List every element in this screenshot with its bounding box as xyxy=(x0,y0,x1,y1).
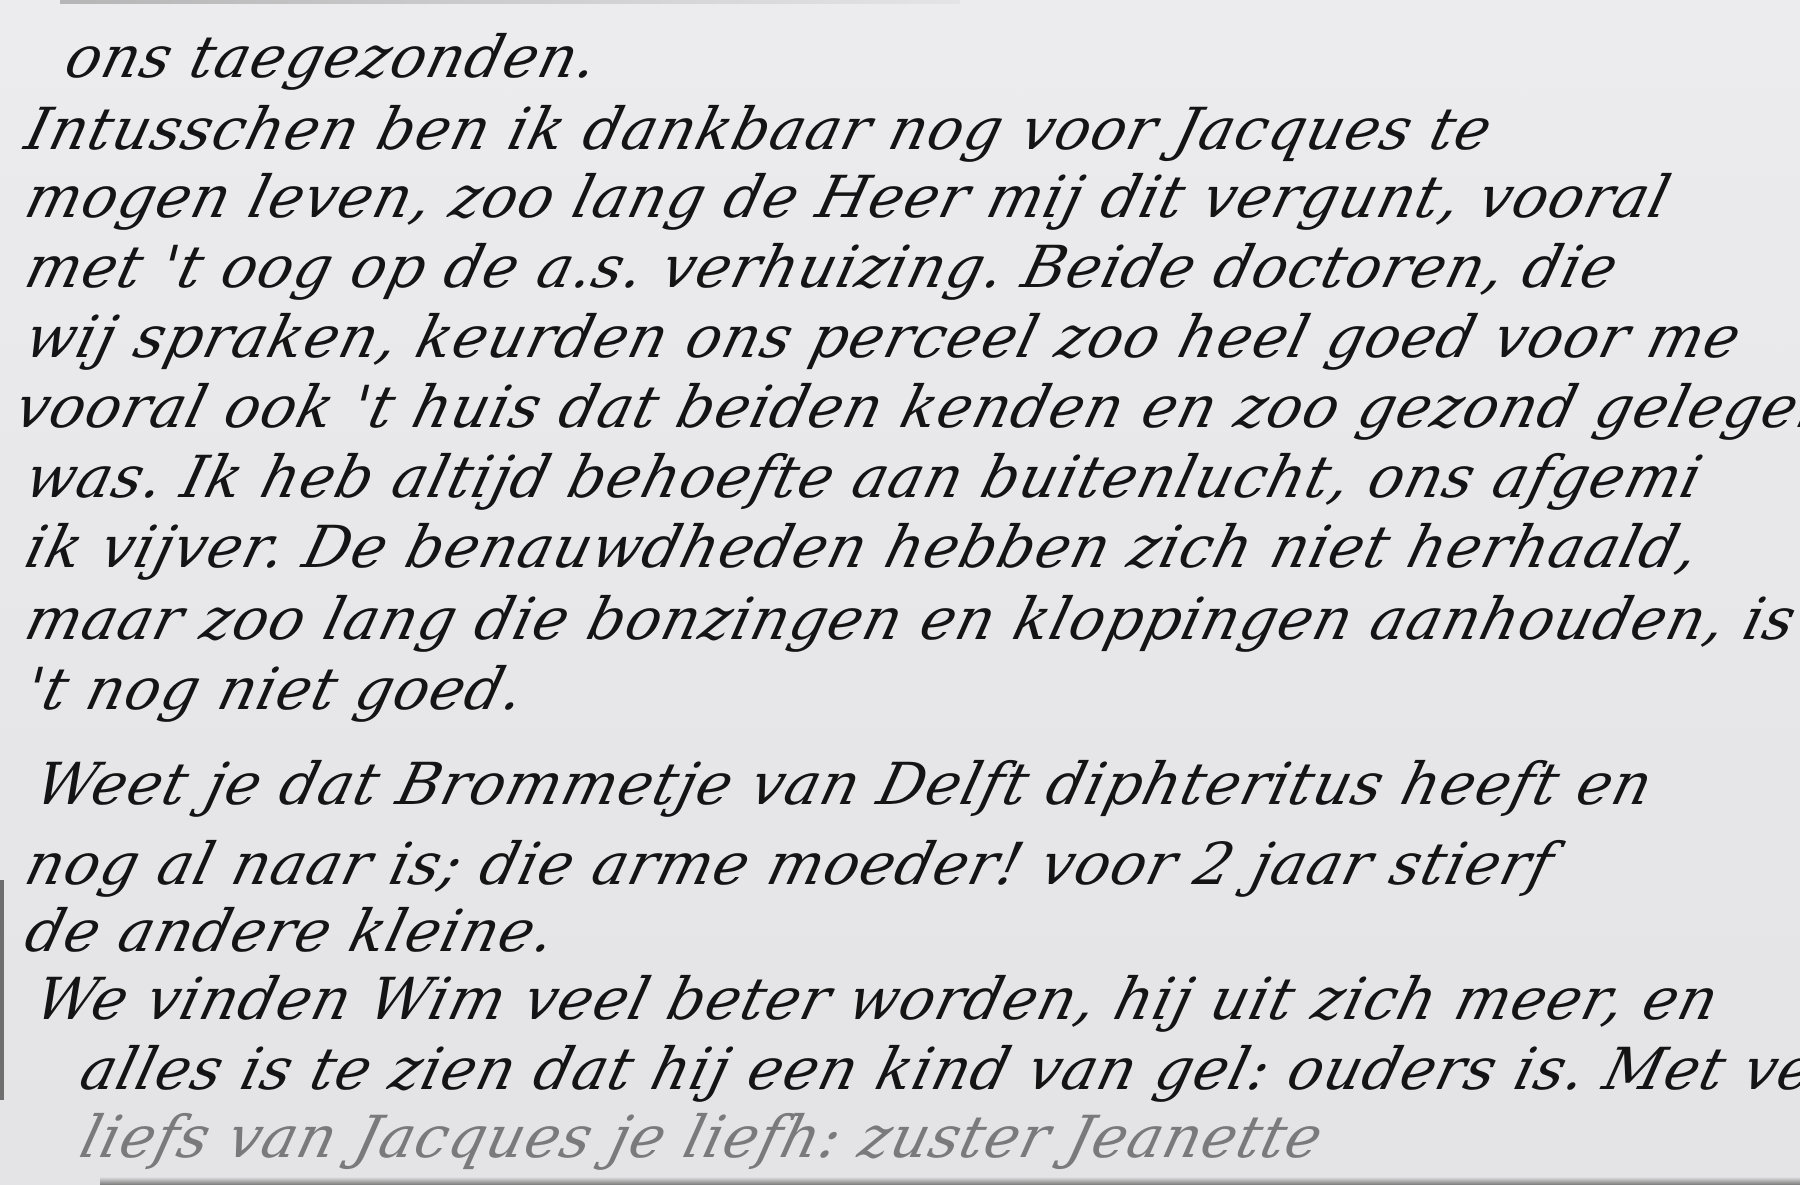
letter-line-15: alles is te zien dat hij een kind van ge… xyxy=(75,1040,1800,1098)
letter-line-10: 't nog niet goed. xyxy=(20,660,531,718)
page-left-edge xyxy=(0,880,4,1100)
page-bottom-edge xyxy=(100,1177,1800,1185)
letter-line-5: wij spraken, keurden ons perceel zoo hee… xyxy=(20,308,1747,366)
letter-line-4: met 't oog op de a.s. verhuizing. Beide … xyxy=(20,238,1625,296)
letter-closing-line: liefs van Jacques je liefh: zuster Jeane… xyxy=(75,1108,1329,1166)
letter-line-14: We vinden Wim veel beter worden, hij uit… xyxy=(30,970,1725,1028)
letter-page: ons taegezonden. Intusschen ben ik dankb… xyxy=(0,0,1800,1185)
page-top-shadow xyxy=(60,0,960,4)
letter-line-1: ons taegezonden. xyxy=(60,28,605,86)
letter-line-11: Weet je dat Brommetje van Delft diphteri… xyxy=(30,755,1659,813)
letter-line-12: nog al naar is; die arme moeder! voor 2 … xyxy=(20,835,1560,893)
letter-line-2: Intusschen ben ik dankbaar nog voor Jacq… xyxy=(20,100,1498,158)
letter-line-9: maar zoo lang die bonzingen en kloppinge… xyxy=(20,590,1800,648)
letter-line-13: de andere kleine. xyxy=(20,902,562,960)
letter-line-8: ik vijver. De benauwdheden hebben zich n… xyxy=(20,518,1705,576)
letter-line-7: was. Ik heb altijd behoefte aan buitenlu… xyxy=(20,448,1709,506)
letter-line-3: mogen leven, zoo lang de Heer mij dit ve… xyxy=(20,168,1677,226)
letter-line-6: vooral ook 't huis dat beiden kenden en … xyxy=(10,378,1800,436)
